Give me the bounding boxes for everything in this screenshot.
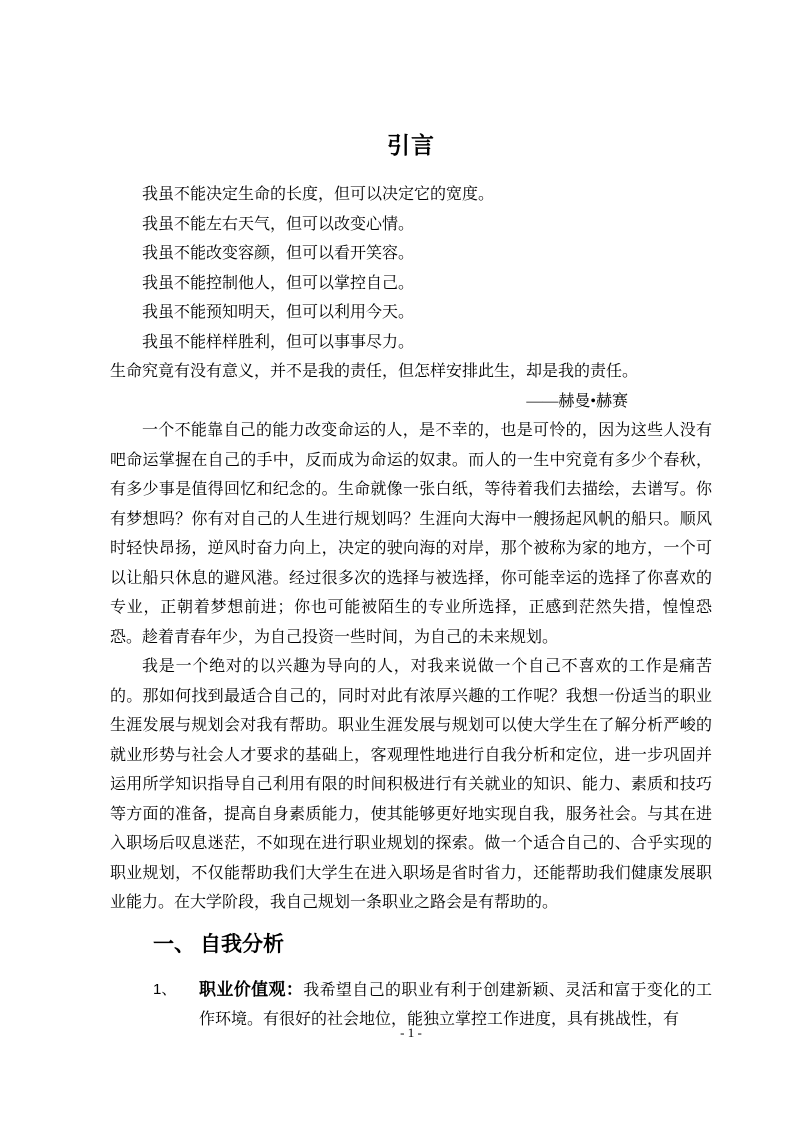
- page-title: 引言: [110, 128, 712, 162]
- quote-line: 我虽不能样样胜利，但可以事事尽力。: [110, 328, 712, 358]
- page-number: - 1 -: [110, 1024, 712, 1042]
- body-paragraph: 我是一个绝对的以兴趣为导向的人，对我来说做一个自己不喜欢的工作是痛苦的。那如何找…: [110, 652, 712, 918]
- quote-line: 我虽不能决定生命的长度，但可以决定它的宽度。: [110, 180, 712, 210]
- quote-line: 我虽不能预知明天，但可以利用今天。: [110, 298, 712, 328]
- quote-line: 我虽不能左右天气，但可以改变心情。: [110, 210, 712, 240]
- body-paragraph: 一个不能靠自己的能力改变命运的人，是不幸的，也是可怜的，因为这些人没有吧命运掌握…: [110, 416, 712, 652]
- document-content: 引言 我虽不能决定生命的长度，但可以决定它的宽度。 我虽不能左右天气，但可以改变…: [0, 128, 793, 1035]
- quote-closing-line: 生命究竟有没有意义，并不是我的责任，但怎样安排此生，却是我的责任。: [110, 357, 712, 387]
- document-page: 引言 我虽不能决定生命的长度，但可以决定它的宽度。 我虽不能左右天气，但可以改变…: [0, 0, 793, 1122]
- section-number: 一、: [153, 928, 200, 962]
- section-title: 自我分析: [200, 928, 284, 962]
- quote-attribution: ——赫曼•赫赛: [110, 387, 712, 417]
- quote-block: 我虽不能决定生命的长度，但可以决定它的宽度。 我虽不能左右天气，但可以改变心情。…: [110, 180, 712, 416]
- list-item-label: 职业价值观：: [199, 980, 303, 999]
- quote-line: 我虽不能改变容颜，但可以看开笑容。: [110, 239, 712, 269]
- quote-line: 我虽不能控制他人，但可以掌控自己。: [110, 269, 712, 299]
- section-heading: 一、 自我分析: [153, 928, 712, 962]
